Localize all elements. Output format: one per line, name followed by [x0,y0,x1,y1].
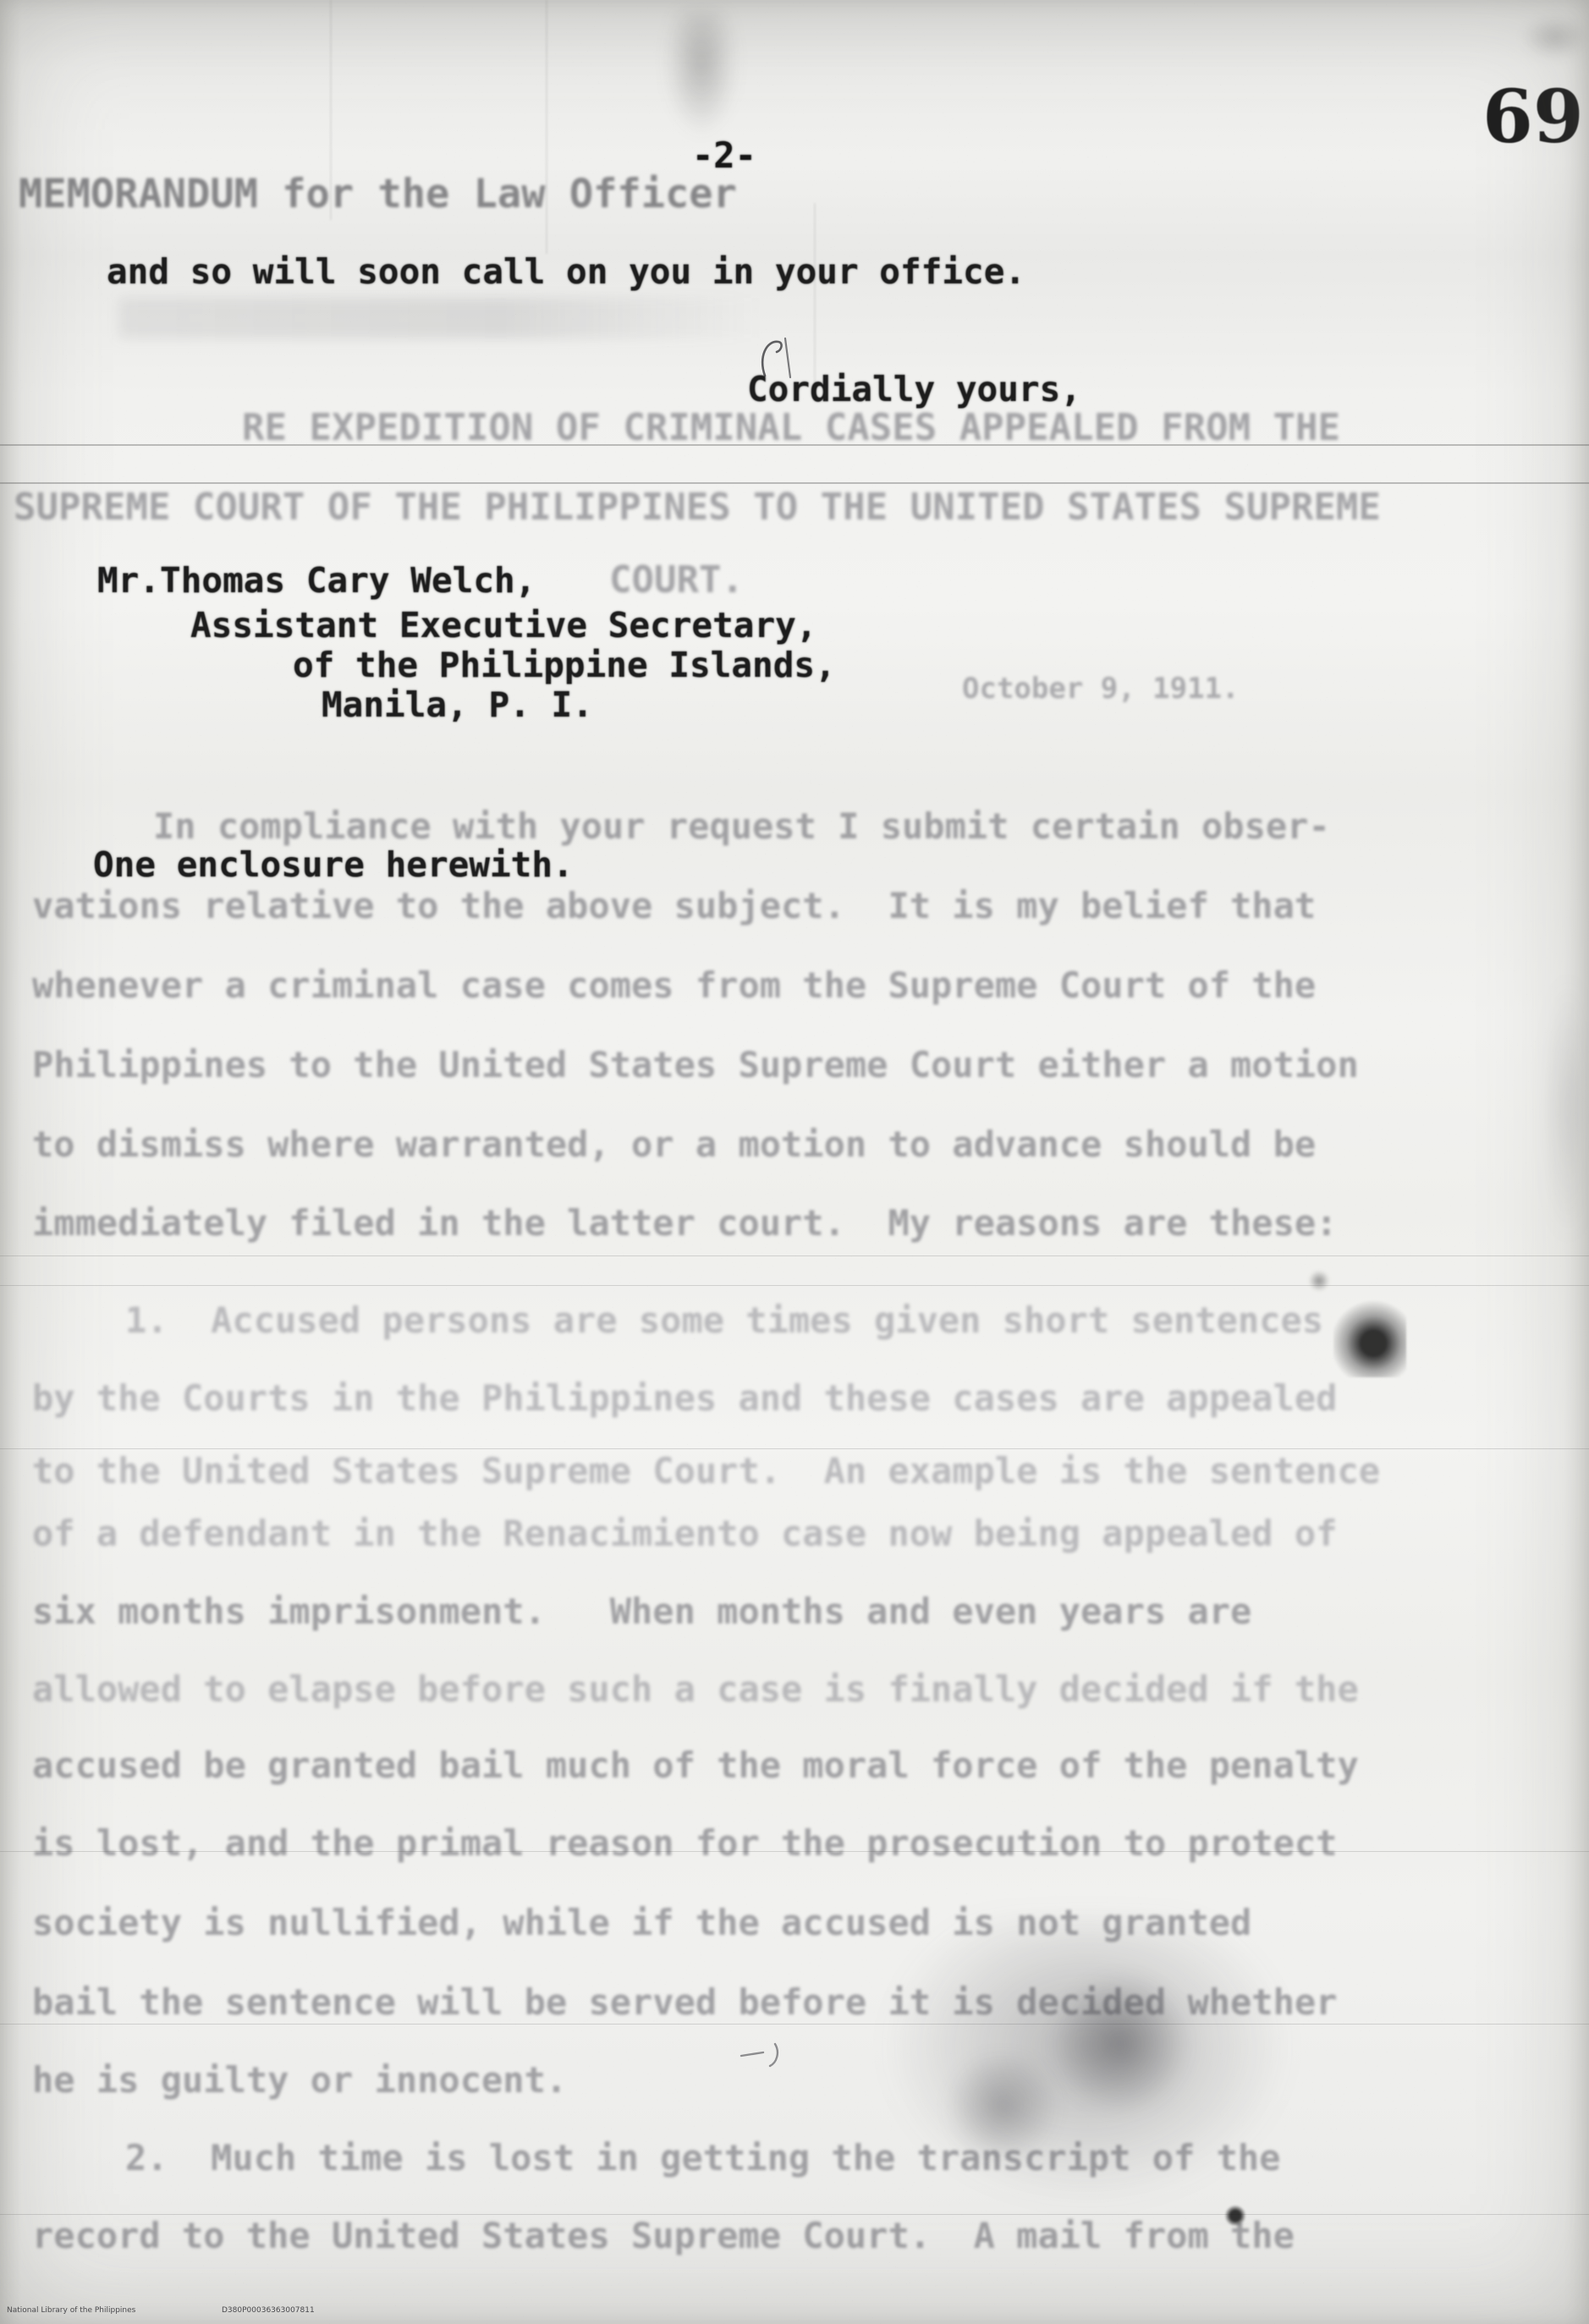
ghost-subject-line: RE EXPEDITION OF CRIMINAL CASES APPEALED… [242,409,1340,447]
addressee-org: of the Philippine Islands, [293,648,836,683]
scan-artifact-line [0,2214,1589,2215]
enclosure-note: One enclosure herewith. [93,848,574,882]
scan-artifact-line [0,2024,1589,2025]
edge-smudge [1547,973,1589,1244]
scan-artifact-line [0,1448,1589,1449]
scan-artifact-line [0,1851,1589,1852]
memo-heading: MEMORANDUM for the Law Officer [19,174,737,214]
ink-blot [1333,1296,1406,1377]
ghost-body-line: by the Courts in the Philippines and the… [32,1381,1337,1416]
ghost-subject-line: COURT. [609,562,744,599]
smudge-top [665,10,738,137]
pen-mark [753,333,800,387]
footer-library: National Library of the Philippines [7,2307,135,2315]
memo-body-line: and so will soon call on you in your off… [107,255,1025,289]
scan-artifact-line [0,444,1589,446]
ghost-body-line: allowed to elapse before such a case is … [32,1672,1359,1707]
ghost-body-line: 2. Much time is lost in getting the tran… [125,2140,1280,2176]
ink-blot-satellite [1308,1271,1330,1291]
ghost-body-line: immediately filed in the latter court. M… [32,1206,1337,1241]
scan-artifact-line [0,482,1589,484]
ghost-body-line: he is guilty or innocent. [32,2063,567,2098]
ghost-body-line: to the United States Supreme Court. An e… [32,1453,1380,1489]
smudge-corner [1521,15,1589,59]
page-number: -2- [692,138,756,173]
ghost-body-line: of a defendant in the Renacimiento case … [32,1516,1337,1552]
scan-artifact-line [0,1255,1589,1256]
scan-artifact-line [0,1285,1589,1286]
pen-mark [738,2041,797,2069]
ghost-date: October 9, 1911. [962,674,1240,703]
ghost-body-line: vations relative to the above subject. I… [32,888,1316,924]
ghost-body-line: Philippines to the United States Supreme… [32,1047,1359,1083]
ghost-body-line: whenever a criminal case comes from the … [32,968,1316,1003]
ghost-text-smear [118,298,762,338]
ghost-subject-line: SUPREME COURT OF THE PHILIPPINES TO THE … [14,489,1381,526]
scanned-memorandum-page: -2-69MEMORANDUM for the Law Officerand s… [0,0,1589,2324]
ghost-body-line: to dismiss where warranted, or a motion … [32,1127,1316,1162]
ghost-body-line: accused be granted bail much of the mora… [32,1748,1359,1783]
ghost-body-line: bail the sentence will be served before … [32,1985,1337,2020]
ghost-body-line: society is nullified, while if the accus… [32,1905,1251,1941]
addressee-name: Mr.Thomas Cary Welch, [97,563,536,598]
addressee-city: Manila, P. I. [322,688,593,722]
ghost-body-line: six months imprisonment. When months and… [32,1594,1251,1629]
addressee-title: Assistant Executive Secretary, [190,608,817,643]
ghost-body-line: record to the United States Supreme Cour… [32,2218,1295,2254]
ghost-body-line: 1. Accused persons are some times given … [125,1303,1323,1338]
corner-number: 69 [1482,81,1584,154]
footer-scan-id: D380P00036363007811 [222,2307,315,2315]
ghost-body-line: In compliance with your request I submit… [153,809,1330,844]
ghost-body-line: is lost, and the primal reason for the p… [32,1826,1337,1861]
